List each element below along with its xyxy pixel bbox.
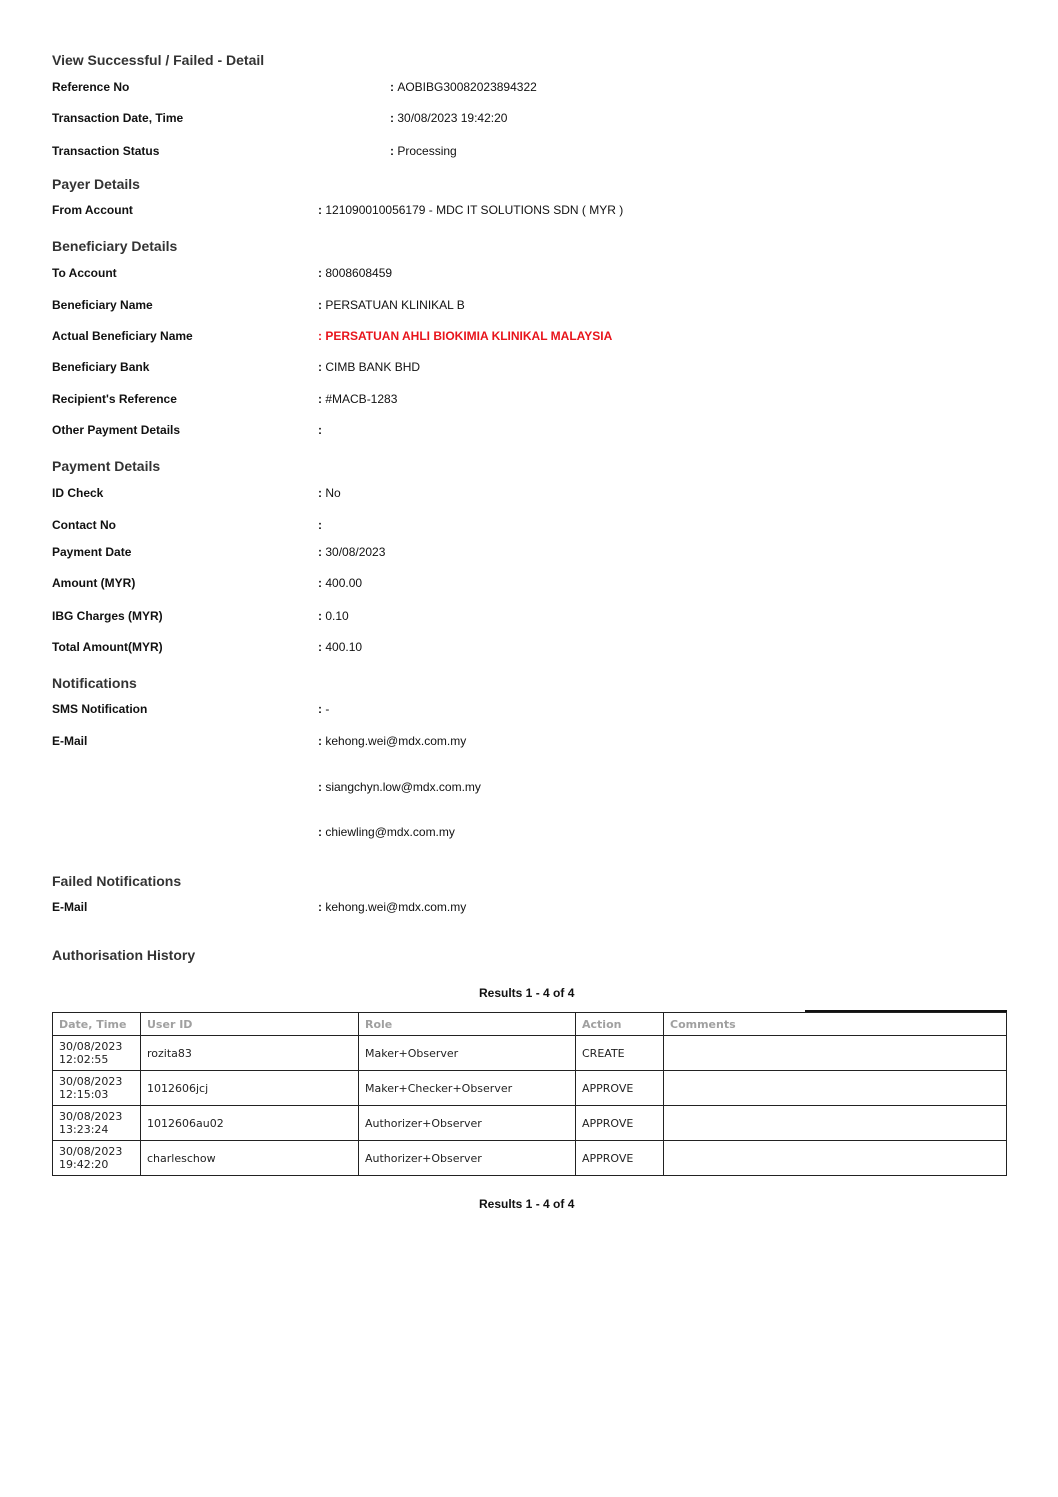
cell-role: Authorizer+Observer (359, 1141, 576, 1176)
table-header-row: Date, Time User ID Role Action Comments (53, 1013, 1007, 1036)
cell-date-time: 30/08/202313:23:24 (53, 1106, 141, 1141)
column-header-date-time: Date, Time (53, 1013, 141, 1036)
cell-user-id: charleschow (141, 1141, 359, 1176)
cell-action: APPROVE (576, 1071, 664, 1106)
payer-details-heading: Payer Details (52, 176, 140, 192)
transaction-datetime-label: Transaction Date, Time (52, 111, 183, 125)
column-header-comments: Comments (664, 1013, 1007, 1036)
beneficiary-bank-value: : CIMB BANK BHD (318, 360, 420, 374)
sms-notification-label: SMS Notification (52, 702, 147, 716)
payment-details-heading: Payment Details (52, 458, 160, 474)
email-value: : kehong.wei@mdx.com.my (318, 734, 466, 748)
cell-comments (664, 1141, 1007, 1176)
transaction-status-label: Transaction Status (52, 144, 159, 158)
table-row: 30/08/202313:23:24 1012606au02 Authorize… (53, 1106, 1007, 1141)
cell-comments (664, 1106, 1007, 1141)
actual-beneficiary-name-label: Actual Beneficiary Name (52, 329, 193, 343)
from-account-value: : 121090010056179 - MDC IT SOLUTIONS SDN… (318, 203, 623, 217)
beneficiary-name-label: Beneficiary Name (52, 298, 153, 312)
cell-user-id: 1012606au02 (141, 1106, 359, 1141)
ibg-charges-label: IBG Charges (MYR) (52, 609, 163, 623)
other-payment-details-value: : (318, 423, 322, 437)
cell-role: Maker+Observer (359, 1036, 576, 1071)
id-check-label: ID Check (52, 486, 103, 500)
cell-role: Maker+Checker+Observer (359, 1071, 576, 1106)
cell-date-time: 30/08/202319:42:20 (53, 1141, 141, 1176)
authorisation-history-heading: Authorisation History (52, 947, 195, 963)
notifications-heading: Notifications (52, 675, 137, 691)
beneficiary-name-value: : PERSATUAN KLINIKAL B (318, 298, 465, 312)
table-row: 30/08/202319:42:20 charleschow Authorize… (53, 1141, 1007, 1176)
recipient-reference-label: Recipient's Reference (52, 392, 177, 406)
cell-role: Authorizer+Observer (359, 1106, 576, 1141)
contact-no-value: : (318, 518, 322, 532)
to-account-label: To Account (52, 266, 117, 280)
column-header-role: Role (359, 1013, 576, 1036)
failed-notifications-heading: Failed Notifications (52, 873, 181, 889)
transaction-datetime-value: : 30/08/2023 19:42:20 (390, 111, 507, 125)
cell-action: APPROVE (576, 1106, 664, 1141)
payment-date-value: : 30/08/2023 (318, 545, 385, 559)
table-row: 30/08/202312:02:55 rozita83 Maker+Observ… (53, 1036, 1007, 1071)
email-value: : chiewling@mdx.com.my (318, 825, 455, 839)
page-title: View Successful / Failed - Detail (52, 52, 264, 68)
actual-beneficiary-name-value: : PERSATUAN AHLI BIOKIMIA KLINIKAL MALAY… (318, 329, 612, 343)
amount-value: : 400.00 (318, 576, 362, 590)
authorisation-history-table: Date, Time User ID Role Action Comments … (52, 1012, 1007, 1176)
reference-no-value: : AOBIBG30082023894322 (390, 80, 537, 94)
payment-date-label: Payment Date (52, 545, 131, 559)
cell-comments (664, 1036, 1007, 1071)
cell-action: APPROVE (576, 1141, 664, 1176)
results-count-top: Results 1 - 4 of 4 (479, 986, 574, 1000)
recipient-reference-value: : #MACB-1283 (318, 392, 397, 406)
cell-date-time: 30/08/202312:02:55 (53, 1036, 141, 1071)
total-amount-label: Total Amount(MYR) (52, 640, 163, 654)
results-count-bottom: Results 1 - 4 of 4 (479, 1197, 574, 1211)
beneficiary-bank-label: Beneficiary Bank (52, 360, 149, 374)
cell-comments (664, 1071, 1007, 1106)
total-amount-value: : 400.10 (318, 640, 362, 654)
cell-action: CREATE (576, 1036, 664, 1071)
table-row: 30/08/202312:15:03 1012606jcj Maker+Chec… (53, 1071, 1007, 1106)
email-label: E-Mail (52, 734, 87, 748)
amount-label: Amount (MYR) (52, 576, 135, 590)
failed-email-value: : kehong.wei@mdx.com.my (318, 900, 466, 914)
from-account-label: From Account (52, 203, 133, 217)
ibg-charges-value: : 0.10 (318, 609, 349, 623)
cell-user-id: rozita83 (141, 1036, 359, 1071)
cell-date-time: 30/08/202312:15:03 (53, 1071, 141, 1106)
failed-email-label: E-Mail (52, 900, 87, 914)
id-check-value: : No (318, 486, 341, 500)
other-payment-details-label: Other Payment Details (52, 423, 180, 437)
column-header-action: Action (576, 1013, 664, 1036)
reference-no-label: Reference No (52, 80, 129, 94)
cell-user-id: 1012606jcj (141, 1071, 359, 1106)
sms-notification-value: : - (318, 702, 329, 716)
to-account-value: : 8008608459 (318, 266, 392, 280)
column-header-user-id: User ID (141, 1013, 359, 1036)
transaction-status-value: : Processing (390, 144, 457, 158)
email-value: : siangchyn.low@mdx.com.my (318, 780, 481, 794)
beneficiary-details-heading: Beneficiary Details (52, 238, 177, 254)
contact-no-label: Contact No (52, 518, 116, 532)
